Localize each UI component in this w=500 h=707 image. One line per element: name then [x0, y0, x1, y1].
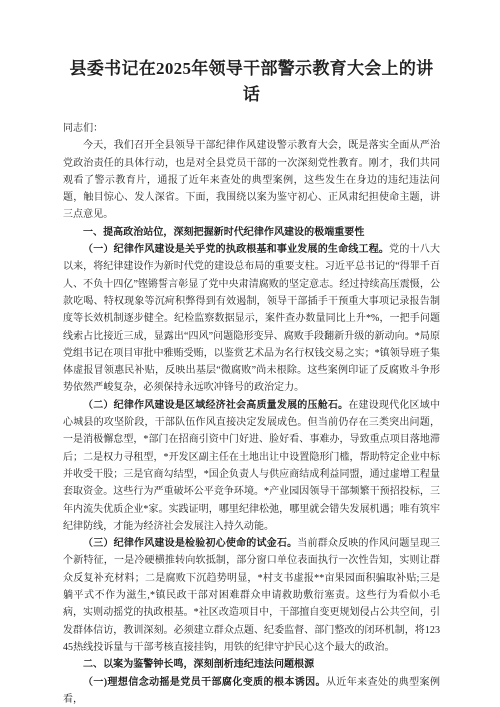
paragraph: 今天，我们召开全县领导干部纪律作风建设警示教育大会，既是落实全面从严治党政治责任… [63, 137, 440, 223]
document-page: 县委书记在2025年领导干部警示教育大会上的讲话 同志们： 今天，我们召开全县领… [0, 0, 500, 707]
paragraph: （一)理想信念动摇是党员干部腐化变质的根本诱因。从近年来查处的典型案例看， [63, 674, 440, 707]
paragraph: （一）纪律作风建设是关乎党的执政根基和事业发展的生命线工程。党的十八大以来，将纪… [63, 241, 440, 397]
salutation: 同志们： [63, 120, 440, 137]
paragraph-lead-bold: （一)理想信念动摇是党员干部腐化变质的根本诱因。 [83, 677, 326, 688]
section-heading: 一、提高政治站位，深刻把握新时代纪律作风建设的极端重要性 [63, 224, 440, 241]
paragraph-lead-bold: （二）纪律作风建设是区域经济社会高质量发展的压舱石。 [83, 400, 348, 411]
paragraph-lead-bold: （三）纪律作风建设是检验初心使命的试金石。 [83, 538, 297, 549]
paragraph-lead-bold: （一）纪律作风建设是关乎党的执政根基和事业发展的生命线工程。 [83, 244, 389, 255]
paragraph: （二）纪律作风建设是区域经济社会高质量发展的压舱石。在建设现代化区域中心城县的攻… [63, 397, 440, 535]
document-body: 今天，我们召开全县领导干部纪律作风建设警示教育大会，既是落实全面从严治党政治责任… [63, 137, 440, 707]
document-title: 县委书记在2025年领导干部警示教育大会上的讲话 [63, 56, 440, 108]
section-heading: 二、以案为鉴警钟长鸣，深刻剖析违纪违法问题根源 [63, 656, 440, 673]
paragraph: （三）纪律作风建设是检验初心使命的试金石。当前群众反映的作风问题呈现三个新特征，… [63, 535, 440, 656]
